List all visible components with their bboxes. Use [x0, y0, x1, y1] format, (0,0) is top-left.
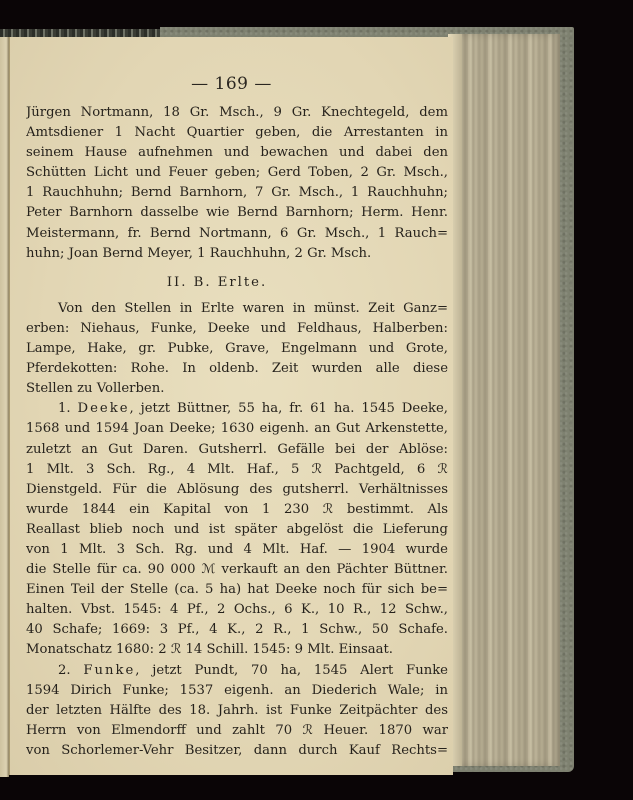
- text-line: Dienstgeld. Für die Ablösung des gutsher…: [26, 480, 448, 500]
- paragraph-erlte-overview: Von den Stellen in Erlte waren in münst.…: [26, 299, 448, 399]
- text-line: seinem Hause aufnehmen und bewachen und …: [26, 143, 448, 163]
- page-body-text: Jürgen Nortmann, 18 Gr. Msch., 9 Gr. Kne…: [26, 103, 448, 761]
- page-number: — 169 —: [10, 74, 453, 94]
- text-line: 2. Funke, jetzt Pundt, 70 ha, 1545 Alert…: [26, 661, 448, 681]
- page-fore-edge-stack: [448, 34, 560, 766]
- book-photo-scene: — 169 — Jürgen Nortmann, 18 Gr. Msch., 9…: [0, 0, 633, 800]
- text-line: von Schorlemer-Vehr Besitzer, dann durch…: [26, 741, 448, 761]
- text-line: 1 Mlt. 3 Sch. Rg., 4 Mlt. Haf., 5 ℛ Pach…: [26, 460, 448, 480]
- text-line: 1 Rauchhuhn; Bernd Barnhorn, 7 Gr. Msch.…: [26, 183, 448, 203]
- text-line: der letzten Hälfte des 18. Jahrh. ist Fu…: [26, 701, 448, 721]
- entry-number: 2.: [58, 663, 71, 678]
- text-line: 1. Deeke, jetzt Büttner, 55 ha, fr. 61 h…: [26, 399, 448, 419]
- text-fragment: , jetzt Pundt, 70 ha, 1545 Alert Funke: [135, 663, 448, 678]
- text-line: Amtsdiener 1 Nacht Quartier geben, die A…: [26, 123, 448, 143]
- text-line: Stellen zu Vollerben.: [26, 379, 448, 399]
- paragraph-entry-2-funke: 2. Funke, jetzt Pundt, 70 ha, 1545 Alert…: [26, 661, 448, 761]
- text-line: die Stelle für ca. 90 000 ℳ verkauft an …: [26, 560, 448, 580]
- text-line: 1568 und 1594 Joan Deeke; 1630 eigenh. a…: [26, 419, 448, 439]
- paragraph-entry-1-deeke: 1. Deeke, jetzt Büttner, 55 ha, fr. 61 h…: [26, 399, 448, 660]
- paragraph-intro-continuation: Jürgen Nortmann, 18 Gr. Msch., 9 Gr. Kne…: [26, 103, 448, 264]
- text-line: 40 Schafe; 1669: 3 Pf., 4 K., 2 R., 1 Sc…: [26, 620, 448, 640]
- text-line: halten. Vbst. 1545: 4 Pf., 2 Ochs., 6 K.…: [26, 600, 448, 620]
- entry-name: Deeke: [78, 401, 130, 416]
- text-line: erben: Niehaus, Funke, Deeke und Feldhau…: [26, 319, 448, 339]
- text-line: Lampe, Hake, gr. Pubke, Grave, Engelmann…: [26, 339, 448, 359]
- text-line: zuletzt an Gut Daren. Gutsherrl. Gefälle…: [26, 440, 448, 460]
- text-line: Peter Barnhorn dasselbe wie Bernd Barnho…: [26, 203, 448, 223]
- text-line: 1594 Dirich Funke; 1537 eigenh. an Diede…: [26, 681, 448, 701]
- text-line: Pferdekotten: Rohe. In oldenb. Zeit wurd…: [26, 359, 448, 379]
- text-line: von 1 Mlt. 3 Sch. Rg. und 4 Mlt. Haf. — …: [26, 540, 448, 560]
- text-line: Herrn von Elmendorff und zahlt 70 ℛ Heue…: [26, 721, 448, 741]
- text-line: Einen Teil der Stelle (ca. 5 ha) hat Dee…: [26, 580, 448, 600]
- text-line: huhn; Joan Bernd Meyer, 1 Rauchhuhn, 2 G…: [26, 244, 448, 264]
- entry-number: 1.: [58, 401, 71, 416]
- text-line: Reallast blieb noch und ist später abgel…: [26, 520, 448, 540]
- text-line: Monatschatz 1680: 2 ℛ 14 Schill. 1545: 9…: [26, 640, 448, 660]
- text-line: Meistermann, fr. Bernd Nortmann, 6 Gr. M…: [26, 224, 448, 244]
- text-line: Jürgen Nortmann, 18 Gr. Msch., 9 Gr. Kne…: [26, 103, 448, 123]
- previous-page-edge: [0, 37, 9, 777]
- text-fragment: , jetzt Büttner, 55 ha, fr. 61 ha. 1545 …: [130, 401, 448, 416]
- section-heading: II. B. Erlte.: [26, 273, 448, 293]
- text-line: Von den Stellen in Erlte waren in münst.…: [26, 299, 448, 319]
- entry-name: Funke: [83, 663, 135, 678]
- book-page: — 169 — Jürgen Nortmann, 18 Gr. Msch., 9…: [9, 37, 453, 775]
- text-line: Schütten Licht und Feuer geben; Gerd Tob…: [26, 163, 448, 183]
- text-line: wurde 1844 ein Kapital von 1 230 ℛ besti…: [26, 500, 448, 520]
